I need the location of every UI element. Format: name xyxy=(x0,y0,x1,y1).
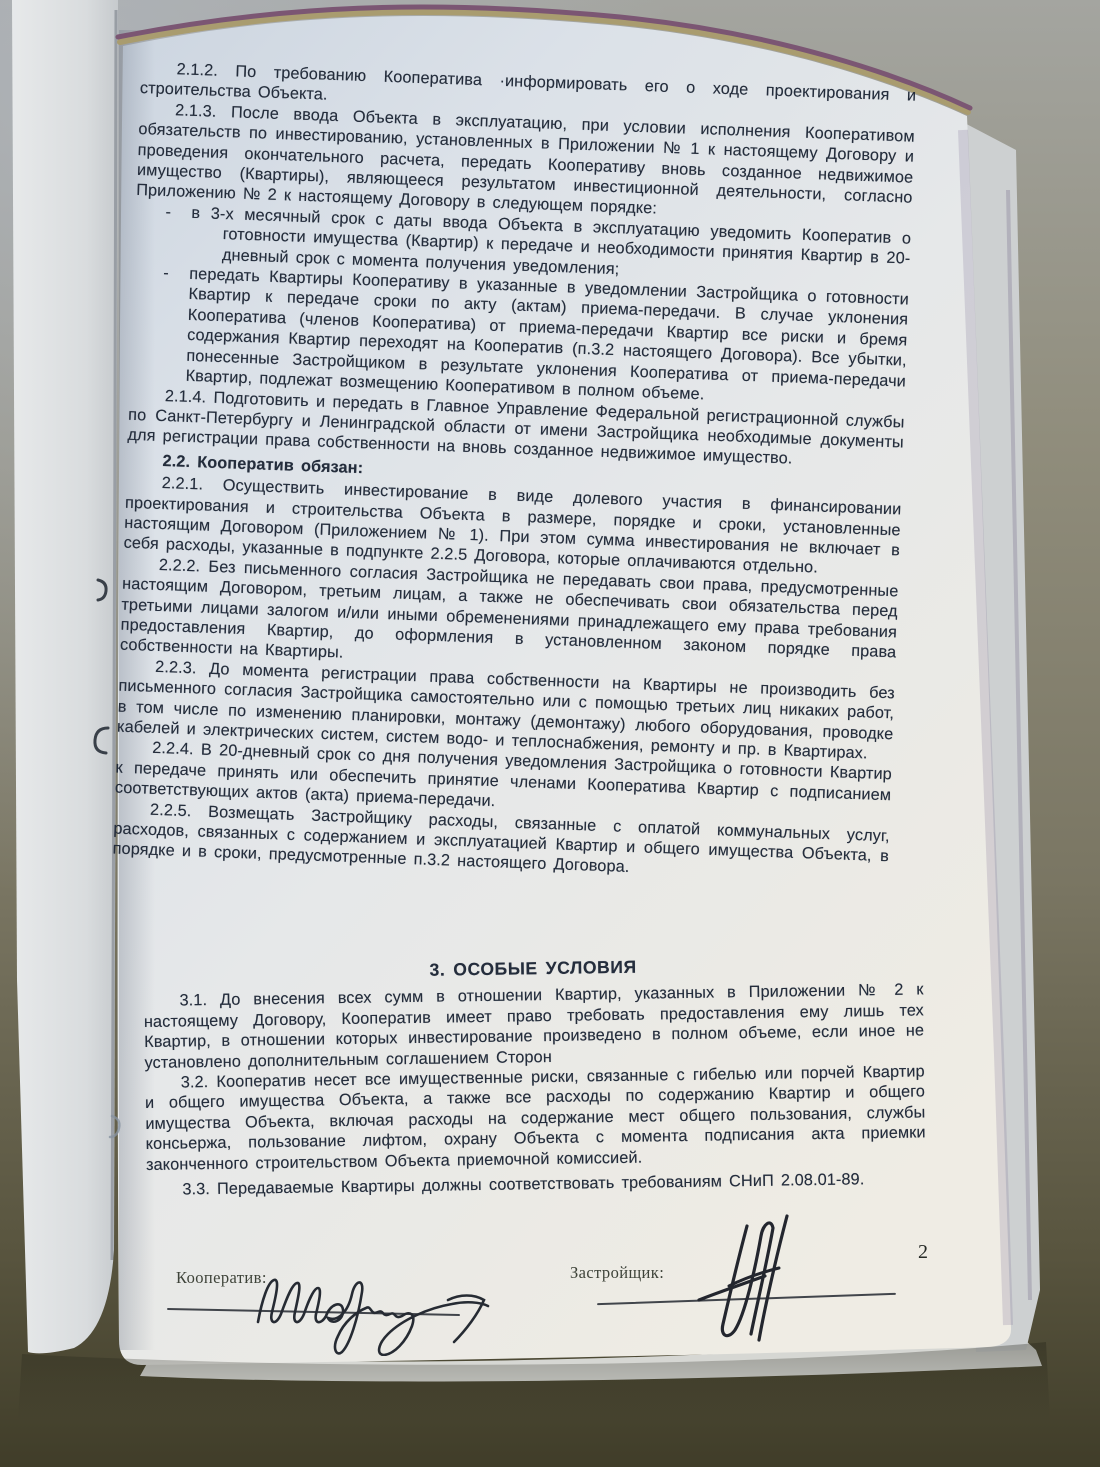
page-number: 2 xyxy=(918,1241,928,1264)
cooperative-signature xyxy=(252,1256,502,1356)
contract-body-section-3: 3. ОСОБЫЕ УСЛОВИЯ 3.1. До внесения всех … xyxy=(143,950,926,1200)
contract-body-upper: 2.1.2. По требованию Кооператива ·информ… xyxy=(112,58,916,887)
bullet-dash: - xyxy=(164,202,192,264)
contract-page-photo: 2.1.2. По требованию Кооператива ·информ… xyxy=(0,0,1100,1467)
developer-signature-label: Застройщик: xyxy=(570,1263,664,1283)
paragraph-3-1: 3.1. До внесения всех сумм в отношении К… xyxy=(143,980,924,1073)
developer-signature xyxy=(695,1208,825,1348)
left-page-stack xyxy=(12,0,118,1353)
paragraph-3-2: 3.2. Кооператив несет все имущественные … xyxy=(145,1061,926,1175)
